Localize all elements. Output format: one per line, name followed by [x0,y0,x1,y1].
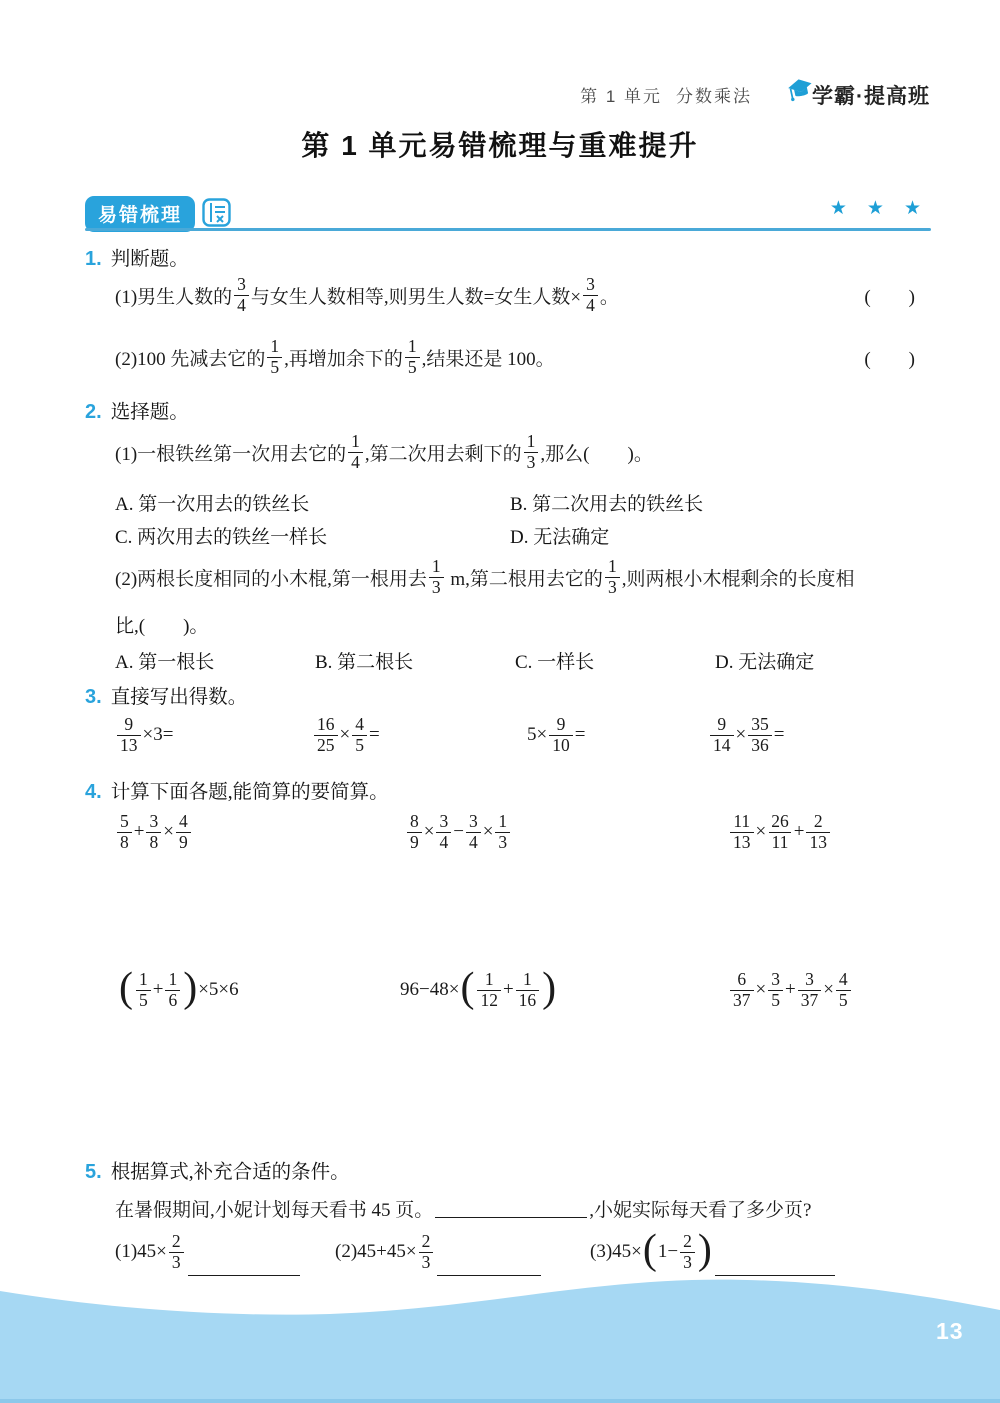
fraction: 913 [117,715,141,755]
math-text: × [756,979,767,1001]
fraction: 15 [267,337,282,377]
answer-blank[interactable] [437,1255,541,1276]
question-2-label: 选择题。 [111,396,189,424]
answer-blank[interactable] [435,1197,587,1218]
q2-item-2-statement: (2)两根长度相同的小木棍,第一根用去13 m,第二根用去它的13,则两根小木棍… [115,557,854,597]
q1-item-1: (1)男生人数的34与女生人数相等,则男生人数=女生人数×34。 ( ) [115,266,915,324]
q4-row1-expression-2: 89×34−34×13 [405,803,512,861]
fraction: 1625 [314,715,338,755]
big-paren: ) [542,970,556,1008]
math-text: + [503,979,514,1001]
question-2-heading: 2. 选择题。 [85,396,189,424]
q3-expression-2: 1625×45= [312,707,380,763]
q3-expression-1: 913×3= [115,707,173,763]
question-3-label: 直接写出得数。 [111,681,248,709]
q5-item-1: (1)45×23 [115,1224,302,1280]
math-text: + [134,821,145,843]
header-topic-label: 分数乘法 [676,82,752,107]
big-paren: ) [698,1232,712,1270]
fraction: 16 [165,970,180,1010]
fraction: 34 [436,812,451,852]
big-paren: ( [119,970,133,1008]
fraction: 14 [348,432,363,472]
q2-item-2-option-a: A. 第一根长 [115,647,214,674]
fraction: 13 [429,557,444,597]
math-text: = [369,724,380,746]
big-paren: ) [183,970,197,1008]
page-number: 13 [936,1318,964,1345]
header-unit-label: 第 1 单元 [580,82,662,107]
math-text: 与女生人数相等,则男生人数=女生人数× [251,282,581,309]
fraction: 3536 [748,715,772,755]
math-text: × [424,821,435,843]
q2-item-2-line2: 比,( )。 [115,611,208,638]
q4-row1-expression-3: 1113×2611+213 [728,803,832,861]
q2-item-1-option-d: D. 无法确定 [510,522,609,549]
fraction: 914 [710,715,734,755]
math-text: 1− [658,1241,678,1263]
q2-item-2-option-d: D. 无法确定 [715,647,814,674]
fraction: 116 [516,970,540,1010]
math-text: 。 [600,282,619,309]
fraction: 34 [234,275,249,315]
math-text: + [785,979,796,1001]
fraction: 637 [730,970,754,1010]
math-text: (1)一根铁丝第一次用去它的 [115,439,346,466]
question-2-number: 2. [85,401,102,424]
question-5-number: 5. [85,1161,102,1184]
q1-item-2-statement: (2)100 先减去它的15,再增加余下的15,结果还是 100。 [115,337,555,377]
q5-condition-sentence: 在暑假期间,小妮计划每天看书 45 页。,小妮实际每天看了多少页? [115,1192,811,1222]
answer-blank[interactable] [715,1255,835,1276]
question-5-heading: 5. 根据算式,补充合适的条件。 [85,1156,350,1184]
q4-row2-expression-2: 96−48×(112+116) [400,960,557,1020]
math-text: (2)45+45× [335,1241,417,1263]
fraction: 2611 [768,812,792,852]
page-title: 第 1 单元易错梳理与重难提升 [0,124,1000,164]
fraction: 38 [146,812,161,852]
fraction: 45 [352,715,367,755]
section-underline [85,228,931,231]
big-paren: ( [460,970,474,1008]
math-text: ×5×6 [198,979,238,1001]
q4-row2-expression-3: 637×35+337×45 [728,960,853,1020]
fraction: 13 [495,812,510,852]
q2-item-1: (1)一根铁丝第一次用去它的14,第二次用去剩下的13,那么( )。 [115,423,653,481]
mistake-notebook-icon [202,198,231,227]
q4-row2-expression-1: (15+16)×5×6 [118,960,239,1020]
fraction: 15 [136,970,151,1010]
q2-item-1-option-a: A. 第一次用去的铁丝长 [115,489,309,516]
q2-item-2-line1: (2)两根长度相同的小木棍,第一根用去13 m,第二根用去它的13,则两根小木棍… [115,548,854,606]
math-text: ×3= [143,724,174,746]
difficulty-stars: ★ ★ ★ [830,197,928,219]
question-1-number: 1. [85,248,102,271]
q1-item-1-answer-parens[interactable]: ( ) [864,282,915,309]
math-text: 在暑假期间,小妮计划每天看书 45 页。 [115,1195,433,1222]
q5-item-2: (2)45+45×23 [335,1224,543,1280]
math-text: (2)100 先减去它的 [115,344,265,371]
fraction: 337 [798,970,822,1010]
brand-logo: 学霸·提高班 [788,78,930,110]
math-text: m,第二根用去它的 [446,564,603,591]
fraction: 23 [680,1232,695,1272]
q1-item-2-answer-parens[interactable]: ( ) [864,344,915,371]
q2-item-1-option-c: C. 两次用去的铁丝一样长 [115,522,327,549]
q2-item-1-statement: (1)一根铁丝第一次用去它的14,第二次用去剩下的13,那么( )。 [115,432,653,472]
fraction: 89 [407,812,422,852]
math-text: + [794,821,805,843]
fraction: 213 [806,812,830,852]
fraction: 49 [176,812,191,852]
math-text: ,第二次用去剩下的 [365,439,522,466]
graduation-cap-icon [786,76,817,107]
math-text: × [823,979,834,1001]
q1-item-1-statement: (1)男生人数的34与女生人数相等,则男生人数=女生人数×34。 [115,275,619,315]
q1-item-2: (2)100 先减去它的15,再增加余下的15,结果还是 100。 ( ) [115,328,915,386]
math-text: ,那么( )。 [540,439,652,466]
fraction: 112 [477,970,501,1010]
math-text: (1)男生人数的 [115,282,232,309]
math-text: (1)45× [115,1241,167,1263]
wave-decoration [0,1275,1000,1403]
math-text: 96−48× [400,979,459,1001]
q2-item-2-option-c: C. 一样长 [515,647,594,674]
page-header: 第 1 单元 分数乘法 学霸·提高班 [580,78,930,110]
fraction: 35 [768,970,783,1010]
math-text: (2)两根长度相同的小木棍,第一根用去 [115,564,427,591]
fraction: 1113 [730,812,754,852]
question-3-number: 3. [85,686,102,709]
q3-expression-4: 914×3536= [708,707,784,763]
math-text: 5× [527,724,547,746]
math-text: × [340,724,351,746]
math-text: ,则两根小木棍剩余的长度相 [622,564,855,591]
fraction: 13 [605,557,620,597]
math-text: × [163,821,174,843]
question-3-heading: 3. 直接写出得数。 [85,681,247,709]
q4-row1-expression-1: 58+38×49 [115,803,193,861]
math-text: + [153,979,164,1001]
math-text: − [453,821,464,843]
section-badge: 易错梳理 [85,196,195,232]
big-paren: ( [643,1232,657,1270]
fraction: 23 [169,1232,184,1272]
math-text: ,结果还是 100。 [422,344,555,371]
math-text: = [774,724,785,746]
fraction: 45 [836,970,851,1010]
question-4-heading: 4. 计算下面各题,能简算的要简算。 [85,776,389,804]
fraction: 34 [583,275,598,315]
math-text: × [483,821,494,843]
math-text: ,再增加余下的 [284,344,403,371]
fraction: 34 [466,812,481,852]
question-5-label: 根据算式,补充合适的条件。 [111,1156,350,1184]
fraction: 910 [549,715,573,755]
math-text: = [575,724,586,746]
math-text: ,小妮实际每天看了多少页? [589,1195,811,1222]
brand-name: 学霸·提高班 [812,80,930,110]
answer-blank[interactable] [188,1255,300,1276]
q2-item-1-option-b: B. 第二次用去的铁丝长 [510,489,703,516]
math-text: × [756,821,767,843]
question-4-label: 计算下面各题,能简算的要简算。 [111,776,389,804]
q5-item-3: (3)45×(1−23) [590,1224,837,1280]
workbook-page: 第 1 单元 分数乘法 学霸·提高班 第 1 单元易错梳理与重难提升 易错梳理 … [0,0,1000,1403]
math-text: (3)45× [590,1241,642,1263]
math-text: × [736,724,747,746]
question-4-number: 4. [85,781,102,804]
q2-item-2-option-b: B. 第二根长 [315,647,413,674]
fraction: 15 [405,337,420,377]
q3-expression-3: 5×910= [527,707,585,763]
fraction: 23 [419,1232,434,1272]
fraction: 13 [524,432,539,472]
fraction: 58 [117,812,132,852]
